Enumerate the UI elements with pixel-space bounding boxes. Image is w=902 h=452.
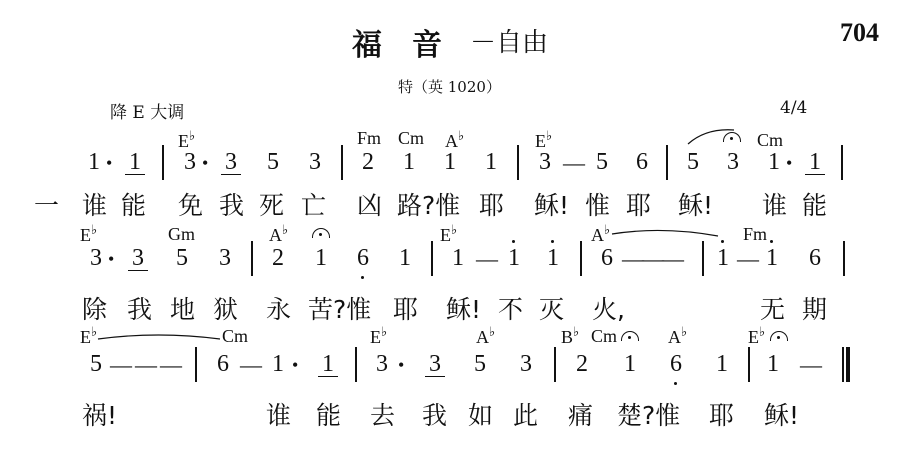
lyric-syllable: 去 (370, 396, 395, 432)
sustain-dash: — (662, 246, 684, 272)
lyric-syllable: 火, (592, 290, 625, 326)
note: 1 (763, 352, 783, 376)
note: 1 (805, 150, 825, 175)
lyric-syllable: 稣! (534, 186, 569, 222)
note: 5 (592, 150, 612, 174)
upper-octave-dot (551, 240, 554, 243)
chord: Cm (591, 326, 617, 347)
note: 6 (353, 246, 373, 270)
sustain-dash: — (160, 352, 182, 378)
note: 5 (263, 150, 283, 174)
dotted-rhythm-icon: • (786, 153, 792, 174)
note: 1 (762, 246, 782, 270)
note: 6 (597, 246, 617, 270)
note: 1 (712, 352, 732, 376)
lyric-syllable: 期 (802, 290, 827, 326)
lyric-syllable: 能 (802, 186, 827, 222)
lyric-syllable: 一 (34, 186, 59, 222)
note: 1 (268, 352, 288, 376)
lyric-syllable: 谁 (82, 186, 107, 222)
note: 3 (372, 352, 392, 376)
sustain-dash: — (563, 150, 585, 176)
note: 1 (620, 352, 640, 376)
lyric-syllable: 凶 (357, 186, 382, 222)
tune-source: 特（英 1020） (398, 76, 501, 97)
note: 3 (128, 246, 148, 271)
lyric-syllable: 稣! (764, 396, 799, 432)
barline (843, 241, 845, 276)
note: 2 (572, 352, 592, 376)
lyric-syllable: 灭 (539, 290, 564, 326)
final-barline-thin (842, 347, 844, 382)
note: 6 (213, 352, 233, 376)
note: 3 (86, 246, 106, 270)
note: 3 (425, 352, 445, 377)
lyric-syllable: 我 (127, 290, 152, 326)
key-signature: 降 E 大调 (110, 98, 184, 123)
sustain-dash: — (622, 246, 644, 272)
lyric-syllable: 谁 (266, 396, 291, 432)
chord: Cm (757, 130, 783, 151)
lyric-syllable: 耶 (709, 396, 734, 432)
dotted-rhythm-icon: • (292, 355, 298, 376)
chord: E♭ (80, 222, 97, 246)
note: 1 (440, 150, 460, 174)
note: 2 (358, 150, 378, 174)
lyric-syllable: 无 (760, 290, 785, 326)
lyric-syllable: 免 (178, 186, 203, 222)
barline (355, 347, 357, 382)
sustain-dash: — (240, 352, 262, 378)
note: 3 (215, 246, 235, 270)
chord: B♭ (561, 324, 579, 348)
note: 1 (311, 246, 331, 270)
hymn-subtitle: －自由 (470, 22, 548, 59)
note: 5 (683, 150, 703, 174)
chord: Cm (222, 326, 248, 347)
hymn-number: 704 (840, 18, 879, 48)
note: 3 (180, 150, 200, 174)
note: 5 (172, 246, 192, 270)
upper-octave-dot (512, 240, 515, 243)
lyric-syllable: 能 (121, 186, 146, 222)
note: 3 (723, 150, 743, 174)
note: 1 (318, 352, 338, 377)
chord: Gm (168, 224, 195, 245)
final-barline-thick (846, 347, 850, 382)
barline (251, 241, 253, 276)
chord: Fm (357, 128, 381, 149)
sustain-dash: — (800, 352, 822, 378)
note: 5 (86, 352, 106, 376)
note: 1 (713, 246, 733, 270)
chord: E♭ (440, 222, 457, 246)
lyric-syllable: 狱 (213, 290, 238, 326)
lyric-syllable: 痛 (568, 396, 593, 432)
note: 6 (632, 150, 652, 174)
lyric-syllable: 祸! (82, 396, 117, 432)
sustain-dash: — (135, 352, 157, 378)
lyric-syllable: 死 (259, 186, 284, 222)
lower-octave-dot (361, 276, 364, 279)
chord: A♭ (269, 222, 288, 246)
upper-octave-dot (770, 240, 773, 243)
lyric-syllable: 稣! (446, 290, 481, 326)
chord: E♭ (370, 324, 387, 348)
dotted-rhythm-icon: • (202, 153, 208, 174)
lyric-syllable: 如 (468, 396, 493, 432)
lyric-syllable: 我 (422, 396, 447, 432)
note: 1 (481, 150, 501, 174)
chord: E♭ (80, 324, 97, 348)
sustain-dash: — (476, 246, 498, 272)
barline (341, 145, 343, 180)
note: 6 (666, 352, 686, 376)
dotted-rhythm-icon: • (398, 355, 404, 376)
chord: A♭ (668, 324, 687, 348)
lyric-syllable: 地 (170, 290, 195, 326)
note: 2 (268, 246, 288, 270)
lyric-syllable: 此 (513, 396, 538, 432)
upper-octave-dot (721, 240, 724, 243)
chord: Fm (743, 224, 767, 245)
lyric-syllable: 谁 (762, 186, 787, 222)
note: 1 (764, 150, 784, 174)
lyric-syllable: 永 (266, 290, 291, 326)
barline (580, 241, 582, 276)
lyric-syllable: 路?惟 (397, 186, 460, 222)
chord: A♭ (591, 222, 610, 246)
time-signature: 4/4 (780, 98, 807, 118)
barline (702, 241, 704, 276)
sustain-dash: — (737, 246, 759, 272)
note: 1 (84, 150, 104, 174)
note: 3 (535, 150, 555, 174)
note: 1 (399, 150, 419, 174)
fermata-icon (312, 228, 330, 238)
note: 1 (504, 246, 524, 270)
barline (841, 145, 843, 180)
tie-arc (98, 333, 223, 345)
barline (554, 347, 556, 382)
lyric-syllable: 除 (82, 290, 107, 326)
lyric-syllable: 能 (316, 396, 341, 432)
barline (431, 241, 433, 276)
note: 3 (221, 150, 241, 175)
chord: E♭ (748, 324, 765, 348)
lyric-syllable: 苦?惟 (308, 290, 371, 326)
sustain-dash: — (110, 352, 132, 378)
barline (666, 145, 668, 180)
note: 1 (395, 246, 415, 270)
lyric-syllable: 惟 (585, 186, 610, 222)
barline (162, 145, 164, 180)
lyric-syllable: 稣! (678, 186, 713, 222)
lower-octave-dot (674, 382, 677, 385)
lyric-syllable: 不 (498, 290, 523, 326)
hymn-title: 福 音 (352, 20, 442, 64)
fermata-icon (621, 331, 639, 341)
fermata-icon (723, 132, 741, 142)
note: 1 (448, 246, 468, 270)
fermata-icon (770, 331, 788, 341)
note: 1 (125, 150, 145, 175)
barline (195, 347, 197, 382)
barline (517, 145, 519, 180)
lyric-syllable: 楚?惟 (617, 396, 680, 432)
barline (748, 347, 750, 382)
note: 1 (543, 246, 563, 270)
lyric-syllable: 耶 (479, 186, 504, 222)
sustain-dash: — (642, 246, 664, 272)
chord: A♭ (476, 324, 495, 348)
note: 6 (805, 246, 825, 270)
lyric-syllable: 耶 (626, 186, 651, 222)
lyric-syllable: 耶 (393, 290, 418, 326)
chord: Cm (398, 128, 424, 149)
note: 3 (516, 352, 536, 376)
lyric-syllable: 我 (219, 186, 244, 222)
dotted-rhythm-icon: • (106, 153, 112, 174)
note: 3 (305, 150, 325, 174)
lyric-syllable: 亡 (301, 186, 326, 222)
note: 5 (470, 352, 490, 376)
dotted-rhythm-icon: • (108, 249, 114, 270)
tie-arc (612, 228, 722, 242)
